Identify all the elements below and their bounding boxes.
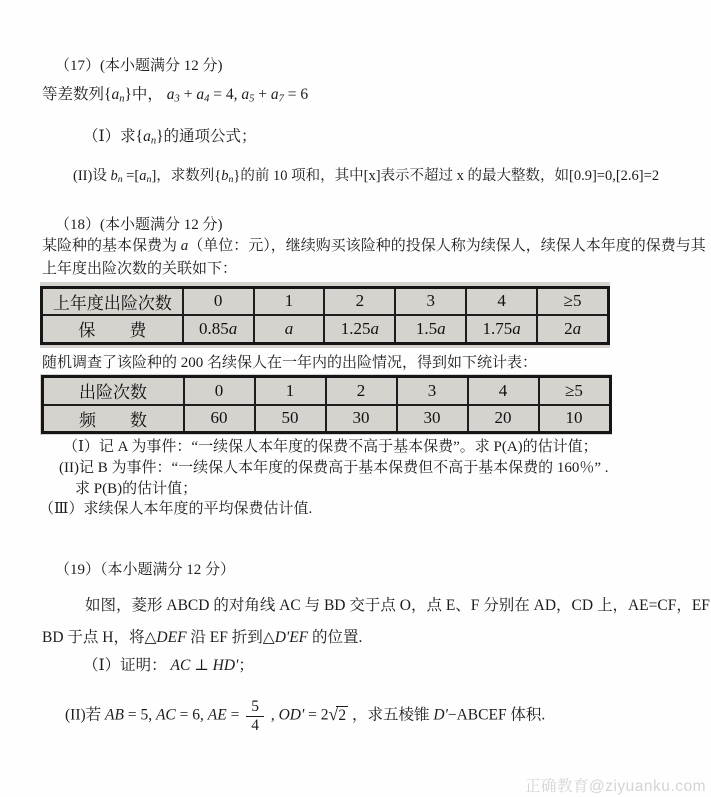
premium-table-header-row: 上年度出险次数 0 1 2 3 4 ≥5 (42, 287, 609, 315)
frequency-table-value-cell: 60 (184, 405, 255, 433)
frequency-table-value-cell: 10 (539, 405, 611, 433)
frequency-table-header-row: 出险次数 0 1 2 3 4 ≥5 (42, 377, 610, 405)
frequency-table-value-cell: 30 (326, 405, 397, 433)
q19-heading: （19）（本小题满分 12 分） (55, 561, 235, 581)
premium-table-header-cell: ≥5 (537, 287, 608, 315)
exam-page: （17）(本小题满分 12 分) 等差数列{an}中， a3 + a4 = 4,… (0, 0, 711, 797)
q19-intro-line1: 如图，菱形 ABCD 的对角线 AC 与 BD 交于点 O，点 E、F 分别在 … (85, 596, 711, 616)
premium-table-value-cell: 1.25a (324, 315, 395, 343)
q18-survey-caption: 随机调查了该险种的 200 名续保人在一年内的出险情况，得到如下统计表： (42, 354, 537, 374)
premium-table-header-cell: 4 (466, 287, 537, 315)
frequency-table-header-cell: ≥5 (539, 377, 611, 405)
premium-table-header-cell: 1 (254, 287, 325, 315)
q17-given-line: 等差数列{an}中， a3 + a4 = 4, a5 + a7 = 6 (42, 85, 308, 106)
frequency-table-row-label: 频 数 (42, 405, 184, 433)
premium-table-value-cell: 0.85a (183, 315, 254, 343)
frequency-table-scan: 出险次数 0 1 2 3 4 ≥5 频 数 60 50 30 30 20 10 (40, 374, 612, 435)
frequency-table-header-cell: 0 (184, 377, 255, 405)
premium-table-header-cell: 2 (324, 287, 395, 315)
premium-table-scan: 上年度出险次数 0 1 2 3 4 ≥5 保 费 0.85a a 1.25a 1… (40, 282, 610, 348)
q19-item1: （Ⅰ）证明： AC ⊥ HD'； (83, 656, 254, 676)
q17-item2: (II)设 bn =[an]，求数列{bn}的前 10 项和，其中[x]表示不超… (73, 167, 659, 187)
premium-table-value-cell: 2a (537, 315, 608, 343)
premium-table-value-row: 保 费 0.85a a 1.25a 1.5a 1.75a 2a (42, 315, 609, 343)
q18-heading: （18）(本小题满分 12 分) (55, 216, 223, 236)
q18-item3: （Ⅲ）求续保人本年度的平均保费估计值. (39, 500, 312, 520)
frequency-table-header-cell: 1 (255, 377, 326, 405)
q17-heading: （17）(本小题满分 12 分) (55, 57, 223, 77)
frequency-table-value-row: 频 数 60 50 30 30 20 10 (42, 405, 610, 433)
frequency-table-header-cell: 出险次数 (42, 377, 184, 405)
q17-item1: （Ⅰ）求{an}的通项公式； (83, 127, 257, 148)
premium-table-header-cell: 3 (395, 287, 466, 315)
premium-table-row-label: 保 费 (42, 315, 183, 343)
frequency-table-value-cell: 50 (255, 405, 326, 433)
premium-table-header-cell: 0 (183, 287, 254, 315)
q18-item1: （Ⅰ）记 A 为事件：“一续保人本年度的保费不高于基本保费”。求 P(A)的估计… (63, 438, 598, 458)
q18-intro-line1: 某险种的基本保费为 a（单位：元），继续购买该险种的投保人称为续保人，续保人本年… (42, 237, 706, 257)
premium-table-value-cell: 1.75a (466, 315, 537, 343)
q19-item2: (II)若 AB = 5, AC = 6, AE = 54 , OD' = 2√… (65, 698, 545, 734)
frequency-table-header-cell: 2 (326, 377, 397, 405)
q19-intro-line2: BD 于点 H，将△DEF 沿 EF 折到△D'EF 的位置. (42, 628, 362, 648)
premium-table-value-cell: 1.5a (395, 315, 466, 343)
q18-intro-line2: 上年度出险次数的关联如下： (42, 260, 237, 280)
frequency-table-header-cell: 3 (397, 377, 468, 405)
premium-table: 上年度出险次数 0 1 2 3 4 ≥5 保 费 0.85a a 1.25a 1… (40, 286, 610, 345)
q18-item2: (II)记 B 为事件：“一续保人本年度的保费高于基本保费但不高于基本保费的 1… (59, 459, 609, 479)
watermark: 正确教育@ziyuanku.com (525, 774, 706, 796)
frequency-table-header-cell: 4 (468, 377, 539, 405)
frequency-table-value-cell: 30 (397, 405, 468, 433)
premium-table-value-cell: a (254, 315, 325, 343)
premium-table-header-cell: 上年度出险次数 (42, 287, 183, 315)
frequency-table: 出险次数 0 1 2 3 4 ≥5 频 数 60 50 30 30 20 10 (41, 375, 612, 434)
frequency-table-value-cell: 20 (468, 405, 539, 433)
q18-item2-continued: 求 P(B)的估计值； (75, 480, 197, 500)
